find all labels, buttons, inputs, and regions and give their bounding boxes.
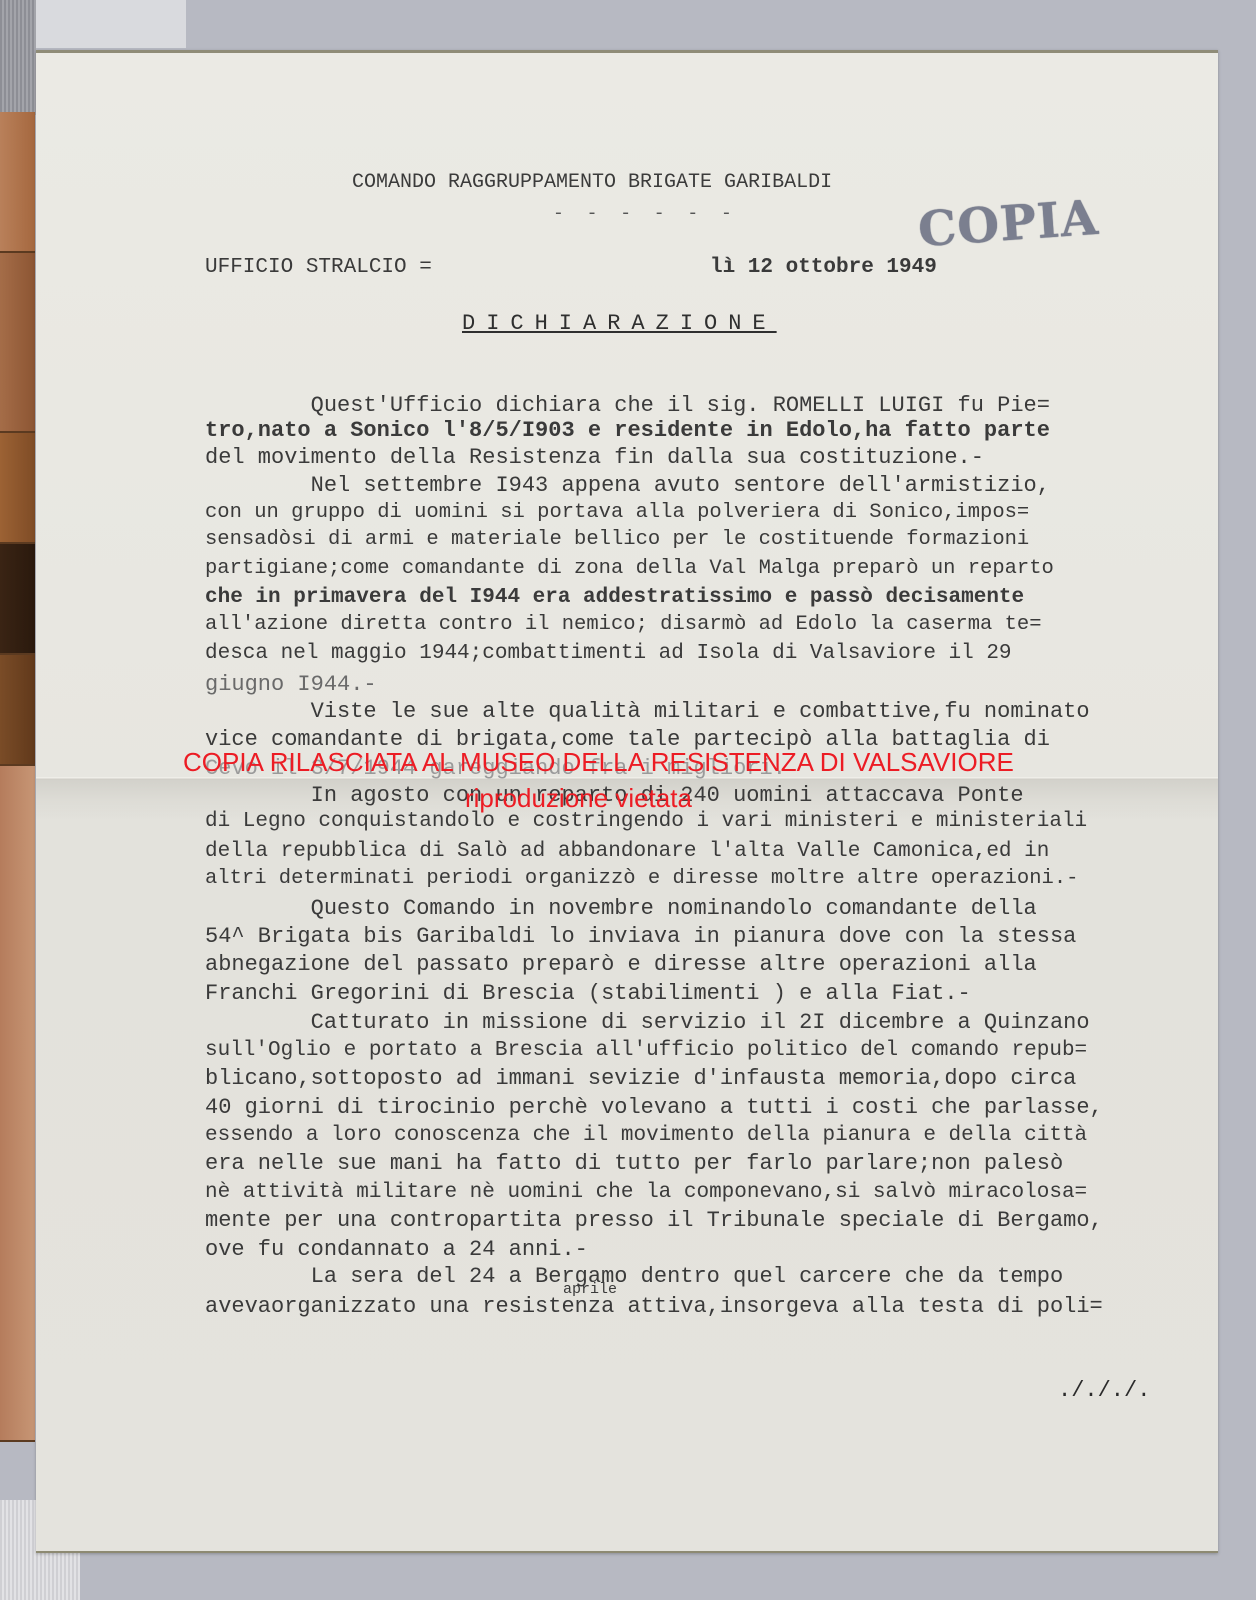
body-line: desca nel maggio 1944;combattimenti ad I… [205, 643, 1012, 664]
body-line: sensadòsi di armi e materiale bellico pe… [205, 530, 1029, 551]
body-line: abnegazione del passato preparò e diress… [205, 954, 1037, 976]
body-line: di Legno conquistandolo e costringendo i… [205, 811, 1087, 832]
body-line: La sera del 24 a Bergamo dentro quel car… [205, 1266, 1063, 1288]
watermark-reproduction-forbidden: riproduzione vietata [465, 783, 692, 814]
body-line: ove fu condannato a 24 anni.- [205, 1239, 588, 1261]
body-line: essendo a loro conoscenza che il movimen… [205, 1125, 1087, 1146]
body-line: sull'Oglio e portato a Brescia all'uffic… [205, 1040, 1087, 1061]
document-header: COMANDO RAGGRUPPAMENTO BRIGATE GARIBALDI [352, 173, 832, 193]
body-line: del movimento della Resistenza fin dalla… [205, 447, 984, 469]
body-line: Nel settembre I943 appena avuto sentore … [205, 475, 1050, 497]
body-line: giugno I944.- [205, 674, 377, 696]
book-spine [0, 253, 35, 433]
background-fabric-left [0, 0, 36, 115]
body-line: nè attività militare nè uomini che la co… [205, 1182, 1087, 1203]
body-line: blicano,sottoposto ad immani sevizie d'i… [205, 1068, 1076, 1090]
body-line: Quest'Ufficio dichiara che il sig. ROMEL… [205, 395, 1050, 417]
office-label: UFFICIO STRALCIO = [205, 257, 432, 278]
body-line: tro,nato a Sonico l'8/5/I903 e residente… [205, 420, 1050, 442]
body-line: all'azione diretta contro il nemico; dis… [205, 615, 1042, 636]
book-spine [0, 655, 35, 766]
background-fabric-top [36, 0, 186, 48]
document-date: lì 12 ottobre 1949 [710, 257, 937, 278]
continuation-mark: ./././. [1058, 1380, 1150, 1402]
body-line: avevaorganizzato una resistenza attiva,i… [205, 1296, 1103, 1318]
body-line: della repubblica di Salò ad abbandonare … [205, 841, 1049, 862]
body-line: con un gruppo di uomini si portava alla … [205, 503, 1029, 524]
body-line: che in primavera del I944 era addestrati… [205, 587, 1024, 608]
book-spine [0, 112, 35, 253]
header-rule: - - - - - - [553, 205, 738, 223]
book-spine [0, 433, 35, 544]
book-spine [0, 544, 35, 655]
book-spines [0, 112, 35, 1442]
body-line: altri determinati periodi organizzò e di… [205, 869, 1078, 890]
document-title: DICHIARAZIONE [462, 313, 777, 335]
body-line: 40 giorni di tirocinio perchè volevano a… [205, 1097, 1103, 1119]
body-line: Franchi Gregorini di Brescia (stabilimen… [205, 983, 971, 1005]
body-line: Viste le sue alte qualità militari e com… [205, 701, 1090, 723]
body-line: Questo Comando in novembre nominandolo c… [205, 898, 1037, 920]
body-line: partigiane;come comandante di zona della… [205, 559, 1054, 580]
watermark-copyright: COPIA RILASCIATA AL MUSEO DELLA RESISTEN… [183, 747, 1014, 778]
body-line: era nelle sue mani ha fatto di tutto per… [205, 1153, 1063, 1175]
body-line: 54^ Brigata bis Garibaldi lo inviava in … [205, 926, 1076, 948]
body-line: mente per una contropartita presso il Tr… [205, 1210, 1103, 1232]
body-line: Catturato in missione di servizio il 2I … [205, 1012, 1090, 1034]
book-spine [0, 766, 35, 1442]
